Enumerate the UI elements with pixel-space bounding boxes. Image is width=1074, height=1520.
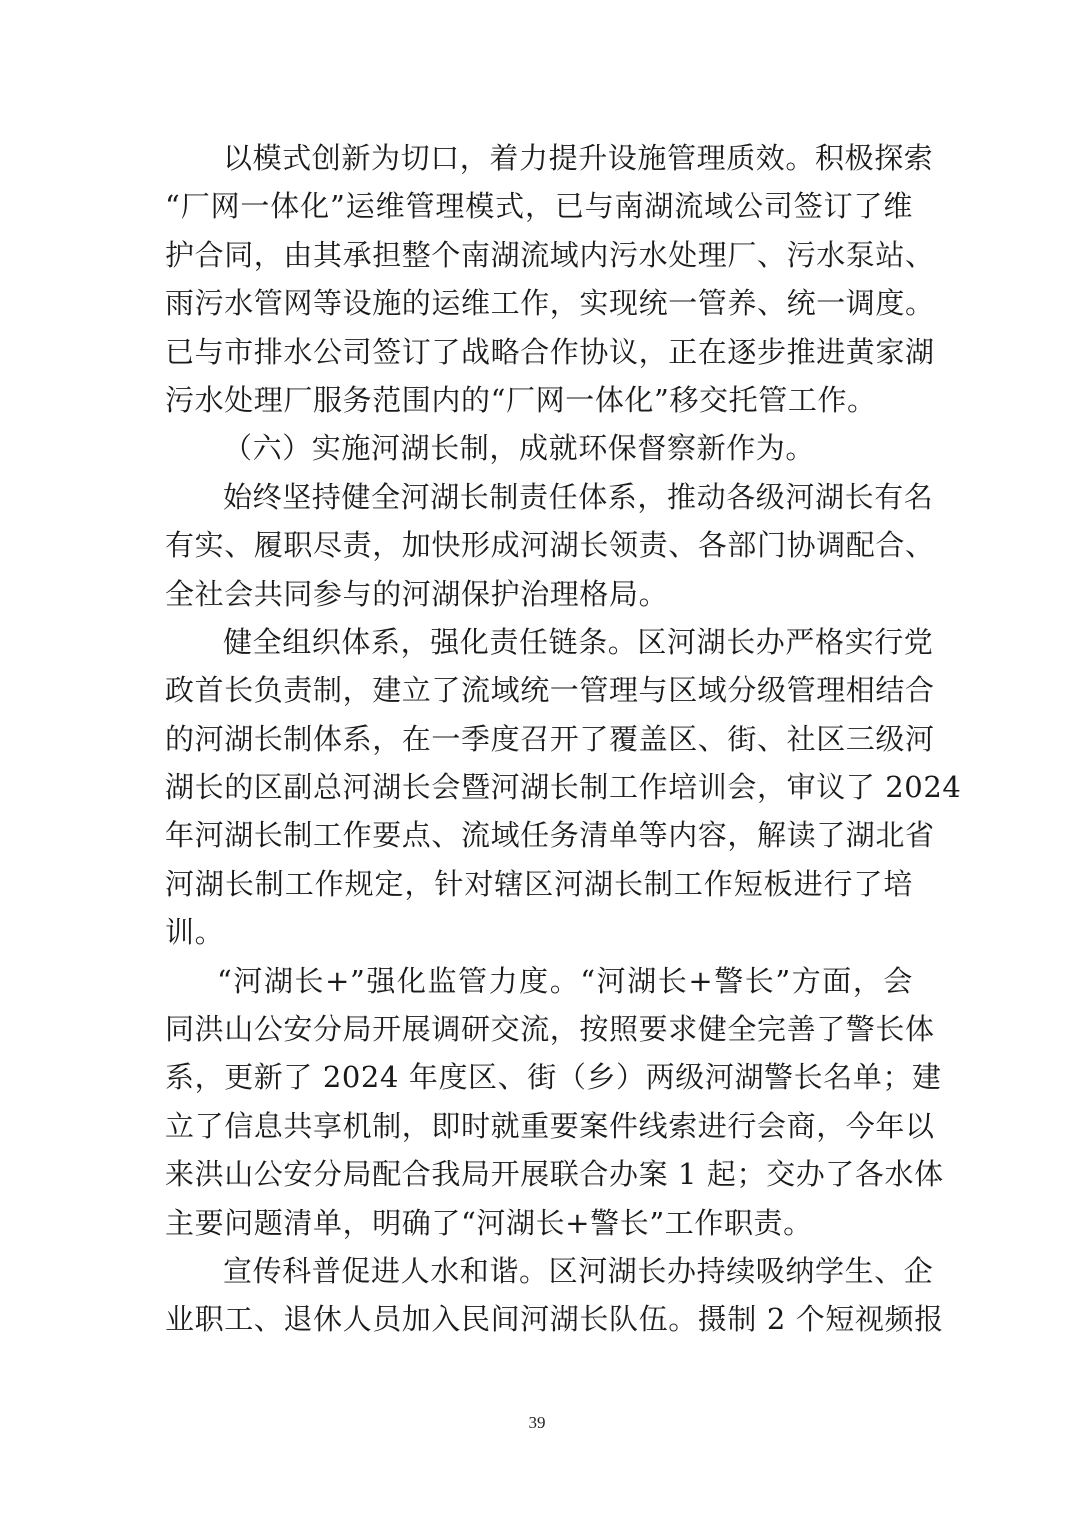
- paragraph-line: “河湖长+”强化监管力度。“河湖长+警长”方面，会: [165, 957, 913, 1005]
- paragraph-line: 主要问题清单，明确了“河湖长+警长”工作职责。: [165, 1199, 913, 1247]
- paragraph-line: 污水处理厂服务范围内的“厂网一体化”移交托管工作。: [165, 376, 913, 424]
- section-heading: （六）实施河湖长制，成就环保督察新作为。: [165, 424, 913, 472]
- paragraph-line: 已与市排水公司签订了战略合作协议，正在逐步推进黄家湖: [165, 328, 913, 376]
- paragraph-line: 健全组织体系，强化责任链条。区河湖长办严格实行党: [165, 618, 913, 666]
- page-number: 39: [0, 1413, 1074, 1433]
- paragraph-line: 有实、履职尽责，加快形成河湖长领责、各部门协调配合、: [165, 521, 913, 569]
- paragraph-line: 训。: [165, 908, 913, 956]
- paragraph-line: 年河湖长制工作要点、流域任务清单等内容，解读了湖北省: [165, 811, 913, 859]
- body-text: 以模式创新为切口，着力提升设施管理质效。积极探索 “厂网一体化”运维管理模式，已…: [165, 134, 913, 1344]
- paragraph-line: 护合同，由其承担整个南湖流域内污水处理厂、污水泵站、: [165, 231, 913, 279]
- paragraph-line: 宣传科普促进人水和谐。区河湖长办持续吸纳学生、企: [165, 1247, 913, 1295]
- paragraph-line: 雨污水管网等设施的运维工作，实现统一管养、统一调度。: [165, 279, 913, 327]
- paragraph-line: 以模式创新为切口，着力提升设施管理质效。积极探索: [165, 134, 913, 182]
- paragraph-line: 始终坚持健全河湖长制责任体系，推动各级河湖长有名: [165, 473, 913, 521]
- paragraph-line: 全社会共同参与的河湖保护治理格局。: [165, 570, 913, 618]
- paragraph-line: 业职工、退休人员加入民间河湖长队伍。摄制 2 个短视频报: [165, 1295, 913, 1343]
- paragraph-line: 河湖长制工作规定，针对辖区河湖长制工作短板进行了培: [165, 860, 913, 908]
- paragraph-line: 的河湖长制体系，在一季度召开了覆盖区、街、社区三级河: [165, 715, 913, 763]
- paragraph-line: 同洪山公安分局开展调研交流，按照要求健全完善了警长体: [165, 1005, 913, 1053]
- paragraph-line: 湖长的区副总河湖长会暨河湖长制工作培训会，审议了 2024: [165, 763, 913, 811]
- paragraph-line: “厂网一体化”运维管理模式，已与南湖流域公司签订了维: [165, 182, 913, 230]
- paragraph-line: 立了信息共享机制，即时就重要案件线索进行会商，今年以: [165, 1102, 913, 1150]
- paragraph-line: 来洪山公安分局配合我局开展联合办案 1 起；交办了各水体: [165, 1150, 913, 1198]
- paragraph-line: 系，更新了 2024 年度区、街（乡）两级河湖警长名单；建: [165, 1053, 913, 1101]
- paragraph-line: 政首长负责制，建立了流域统一管理与区域分级管理相结合: [165, 666, 913, 714]
- document-page: 以模式创新为切口，着力提升设施管理质效。积极探索 “厂网一体化”运维管理模式，已…: [0, 0, 1074, 1520]
